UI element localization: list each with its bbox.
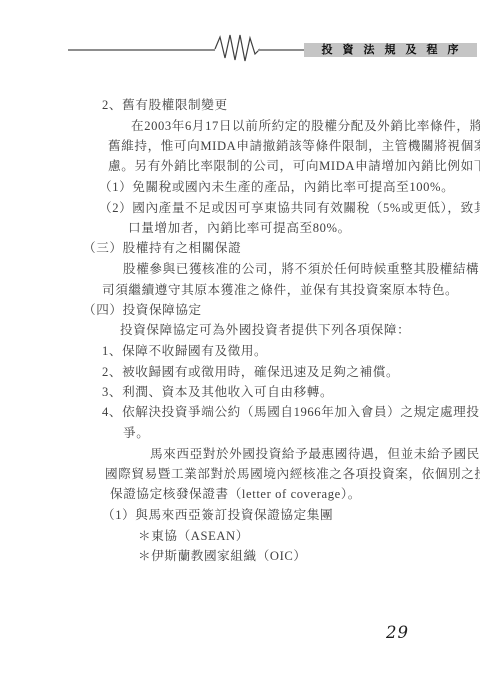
body-text-line: （1）免關稅或國內未生產的產品，內銷比率可提高至100%。 xyxy=(99,179,454,195)
header-rule-right xyxy=(258,49,305,51)
body-text-line: 股權參與已獲核准的公司，將不須於任何時候重整其股權結構，但公 xyxy=(123,261,480,277)
body-text-line: 口量增加者，內銷比率可提高至80%。 xyxy=(128,220,351,236)
body-text-line: 2、被收歸國有或徵用時，確保迅速及足夠之補償。 xyxy=(102,364,399,380)
body-text-line: 3、利潤、資本及其他收入可自由移轉。 xyxy=(102,384,333,400)
body-text-line: （1）與馬來西亞簽訂投資保證協定集團 xyxy=(102,507,333,523)
body-text-line: 司須繼續遵守其原本獲准之條件，並保有其投資案原本特色。 xyxy=(102,282,458,298)
body-text-line: 國際貿易暨工業部對於馬國境內經核准之各項投資案，依個別之投資 xyxy=(105,466,480,482)
body-text-line: 投資保障協定可為外國投資者提供下列各項保障： xyxy=(120,322,410,338)
body-text-line: 爭。 xyxy=(123,425,149,441)
page-number: 29 xyxy=(386,623,409,642)
body-text-line: （四）投資保障協定 xyxy=(83,302,202,318)
body-text-line: 保證協定核發保證書（letter of coverage）。 xyxy=(110,486,361,502)
body-text-line: 1、保障不收歸國有及徵用。 xyxy=(102,343,267,359)
document-page: 投資法規及程序 2、舊有股權限制變更 在2003年6月17日以前所約定的股權分配… xyxy=(0,0,480,679)
section-title: 投資法規及程序 xyxy=(313,43,469,57)
body-text-line: （2）國內產量不足或因可享東協共同有效關稅（5%或更低），致其進 xyxy=(99,200,480,216)
body-text-line: （三）股權持有之相關保證 xyxy=(83,240,241,256)
body-text-line: 4、依解決投資爭端公約（馬國自1966年加入會員）之規定處理投資紛 xyxy=(102,404,480,420)
body-text-line: 慮。另有外銷比率限制的公司，可向MIDA申請增加內銷比例如下： xyxy=(108,158,480,174)
body-text-line: 在2003年6月17日以前所約定的股權分配及外銷比率條件，將仍 xyxy=(131,118,480,134)
body-text-line: 馬來西亞對於外國投資給予最惠國待遇，但並未給予國民待遇。 xyxy=(150,446,480,462)
body-text-line: ＊東協（ASEAN） xyxy=(138,528,249,544)
waveform-icon xyxy=(213,33,263,67)
body-text-line: 舊維持，惟可向MIDA申請撤銷該等條件限制，主管機關將視個案考 xyxy=(108,138,480,154)
body-text-line: ＊伊斯蘭教國家組織（OIC） xyxy=(138,548,307,564)
section-title-bar: 投資法規及程序 xyxy=(304,43,477,57)
header-rule-left xyxy=(68,49,215,51)
body-text-line: 2、舊有股權限制變更 xyxy=(102,97,228,113)
